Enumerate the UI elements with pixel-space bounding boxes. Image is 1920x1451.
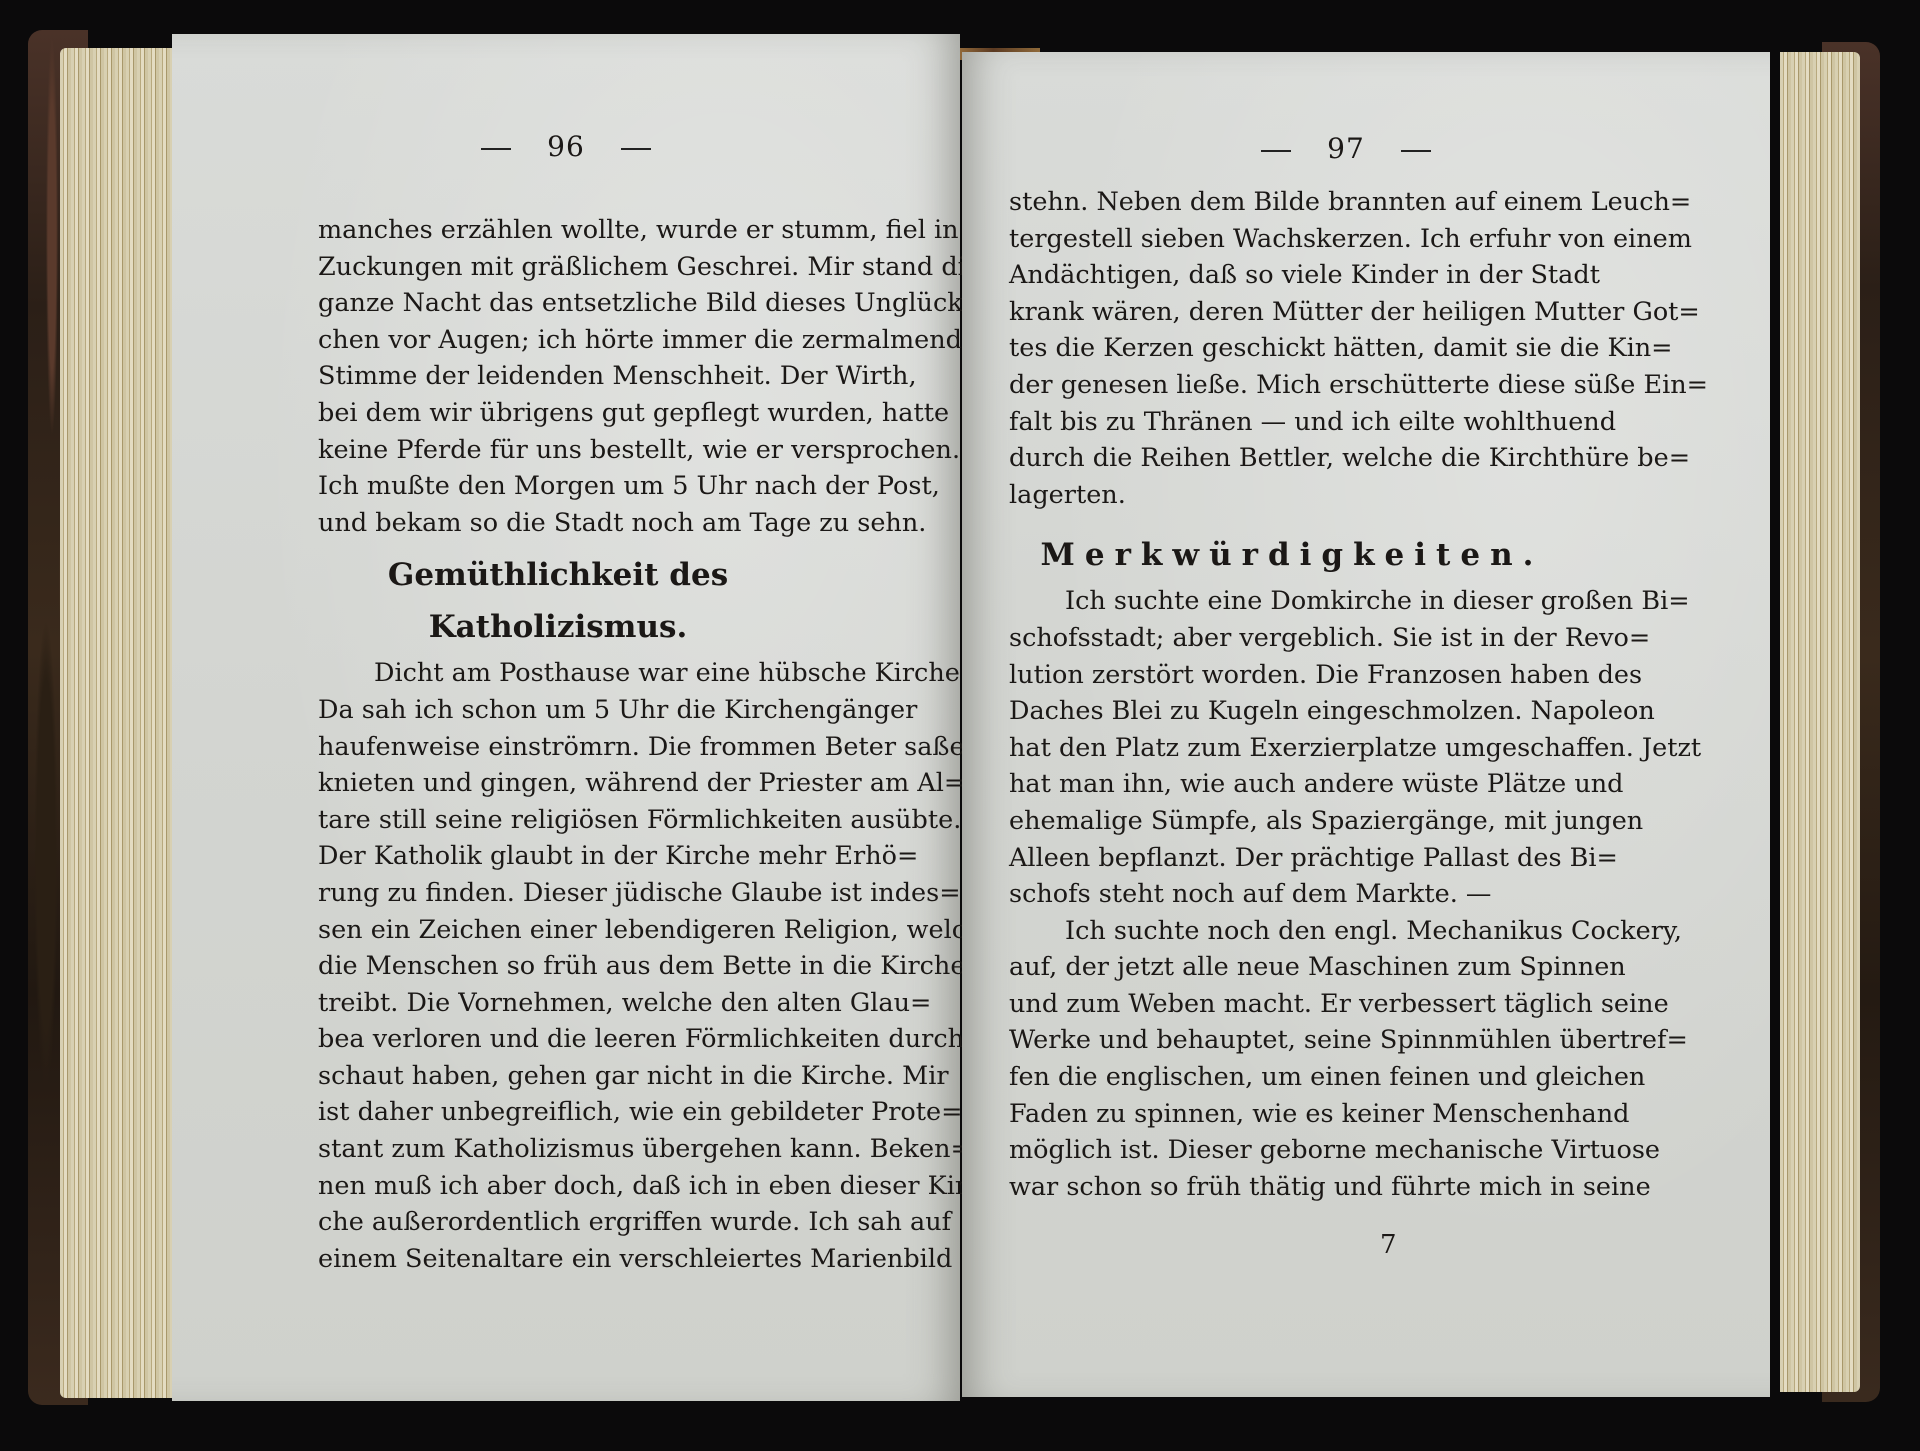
text-line: Ich mußte den Morgen um 5 Uhr nach der P… — [318, 468, 798, 505]
text-line: durch die Reihen Bettler, welche die Kir… — [1009, 440, 1575, 477]
text-line: der genesen ließe. Mich erschütterte die… — [1009, 367, 1575, 404]
text-line: krank wären, deren Mütter der heiligen M… — [1009, 294, 1575, 331]
text-line: Werke und behauptet, seine Spinnmühlen ü… — [1009, 1022, 1575, 1059]
text-line: keine Pferde für uns bestellt, wie er ve… — [318, 432, 798, 469]
text-line: haufenweise einströmrn. Die frommen Bete… — [318, 729, 798, 766]
text-line: hat den Platz zum Exerzierplatze umgesch… — [1009, 730, 1575, 767]
text-line: einem Seitenaltare ein verschleiertes Ma… — [318, 1241, 798, 1278]
text-line: lution zerstört worden. Die Franzosen ha… — [1009, 657, 1575, 694]
text-line: Ich suchte eine Domkirche in dieser groß… — [1009, 583, 1575, 620]
text-line: treibt. Die Vornehmen, welche den alten … — [318, 985, 798, 1022]
text-line: falt bis zu Thränen — und ich eilte wohl… — [1009, 404, 1575, 441]
text-line: fen die englischen, um einen feinen und … — [1009, 1059, 1575, 1096]
text-line: schofsstadt; aber vergeblich. Sie ist in… — [1009, 620, 1575, 657]
text-line: war schon so früh thätig und führte mich… — [1009, 1169, 1575, 1206]
left-page: 96 manches erzählen wollte, wurde er stu… — [172, 34, 960, 1401]
text-line: Zuckungen mit gräßlichem Geschrei. Mir s… — [318, 249, 798, 286]
text-line: stant zum Katholizismus übergehen kann. … — [318, 1131, 798, 1168]
text-line: auf, der jetzt alle neue Maschinen zum S… — [1009, 949, 1575, 986]
text-line: che außerordentlich ergriffen wurde. Ich… — [318, 1204, 798, 1241]
text-line: möglich ist. Dieser geborne mechanische … — [1009, 1132, 1575, 1169]
signature-mark: 7 — [1380, 1230, 1397, 1260]
text-line: Ich suchte noch den engl. Mechanikus Coc… — [1009, 913, 1575, 950]
text-line: Alleen bepflanzt. Der prächtige Pallast … — [1009, 840, 1575, 877]
text-line: schaut haben, gehen gar nicht in die Kir… — [318, 1058, 798, 1095]
text-line: Stimme der leidenden Menschheit. Der Wir… — [318, 358, 798, 395]
text-line: Der Katholik glaubt in der Kirche mehr E… — [318, 838, 798, 875]
text-line: tes die Kerzen geschickt hätten, damit s… — [1009, 330, 1575, 367]
page-number-text: 97 — [1327, 132, 1365, 165]
text-line: lagerten. — [1009, 477, 1575, 514]
text-line: Andächtigen, daß so viele Kinder in der … — [1009, 257, 1575, 294]
text-line: und zum Weben macht. Er verbessert tägli… — [1009, 986, 1575, 1023]
text-line: rung zu finden. Dieser jüdische Glaube i… — [318, 875, 798, 912]
right-page: 97 stehn. Neben dem Bilde brannten auf e… — [962, 52, 1770, 1397]
page-number-text: 96 — [547, 130, 585, 163]
text-line: Faden zu spinnen, wie es keiner Menschen… — [1009, 1096, 1575, 1133]
text-line: chen vor Augen; ich hörte immer die zerm… — [318, 322, 798, 359]
text-line: Da sah ich schon um 5 Uhr die Kirchengän… — [318, 692, 798, 729]
text-line: bei dem wir übrigens gut gepflegt wurden… — [318, 395, 798, 432]
text-line: ganze Nacht das entsetzliche Bild dieses… — [318, 285, 798, 322]
section-heading: Merkwürdigkeiten. — [1009, 529, 1575, 581]
left-page-edges — [60, 48, 175, 1398]
text-line: nen muß ich aber doch, daß ich in eben d… — [318, 1168, 798, 1205]
folio-dash — [1261, 150, 1291, 152]
folio-dash — [1401, 150, 1431, 152]
section-heading: Gemüthlichkeit des Katholizismus. — [318, 549, 798, 653]
text-line: tergestell sieben Wachskerzen. Ich erfuh… — [1009, 221, 1575, 258]
folio-dash — [481, 148, 511, 150]
left-text-block: manches erzählen wollte, wurde er stumm,… — [318, 212, 798, 1277]
text-line: stehn. Neben dem Bilde brannten auf eine… — [1009, 184, 1575, 221]
text-line: und bekam so die Stadt noch am Tage zu s… — [318, 505, 798, 542]
text-line: die Menschen so früh aus dem Bette in di… — [318, 948, 798, 985]
right-text-block: stehn. Neben dem Bilde brannten auf eine… — [1009, 184, 1575, 1205]
text-line: hat man ihn, wie auch andere wüste Plätz… — [1009, 766, 1575, 803]
text-line: bea verloren und die leeren Förmlichkeit… — [318, 1021, 798, 1058]
text-line: knieten und gingen, während der Priester… — [318, 765, 798, 802]
text-line: Dicht am Posthause war eine hübsche Kirc… — [318, 655, 798, 692]
page-number-left: 96 — [172, 130, 960, 163]
text-line: Daches Blei zu Kugeln eingeschmolzen. Na… — [1009, 693, 1575, 730]
text-line: manches erzählen wollte, wurde er stumm,… — [318, 212, 798, 249]
text-line: schofs steht noch auf dem Markte. — — [1009, 876, 1575, 913]
text-line: sen ein Zeichen einer lebendigeren Relig… — [318, 912, 798, 949]
folio-dash — [621, 148, 651, 150]
open-book: 96 manches erzählen wollte, wurde er stu… — [0, 0, 1920, 1451]
page-number-right: 97 — [942, 132, 1750, 165]
text-line: ehemalige Sümpfe, als Spaziergänge, mit … — [1009, 803, 1575, 840]
text-line: ist daher unbegreiflich, wie ein gebilde… — [318, 1094, 798, 1131]
right-page-edges — [1780, 52, 1860, 1392]
text-line: tare still seine religiösen Förmlichkeit… — [318, 802, 798, 839]
